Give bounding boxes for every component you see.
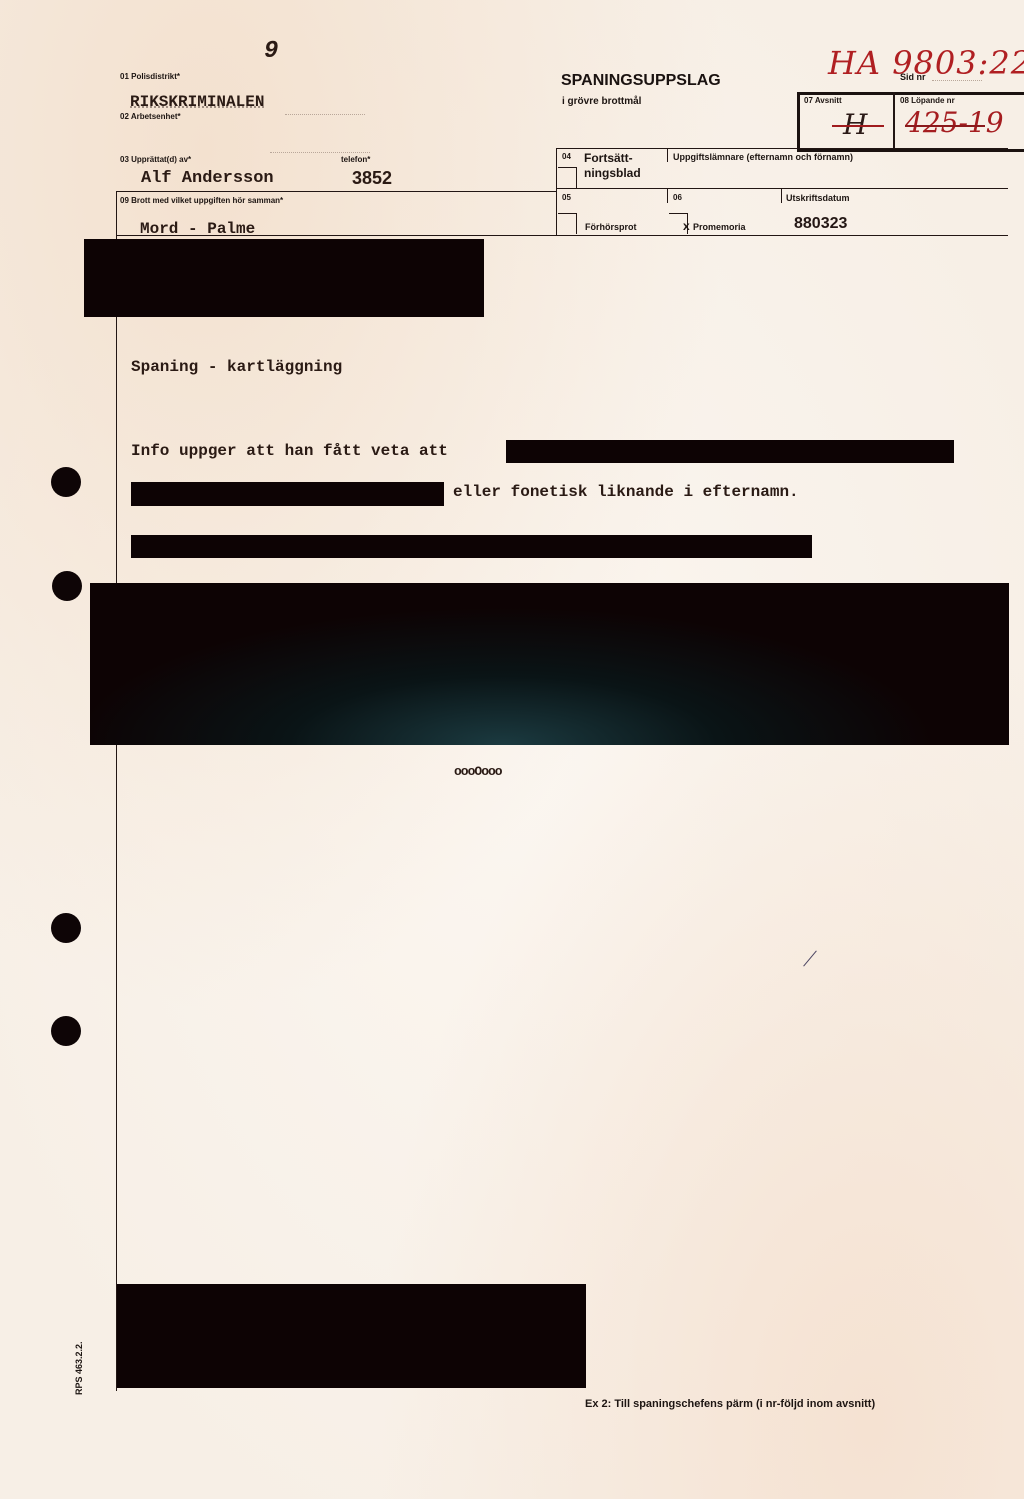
uppgiftslamnare-label: Uppgiftslämnare (efternamn och förnamn): [673, 152, 853, 162]
avsnitt-strike: [832, 125, 884, 127]
redaction-block: [131, 482, 444, 506]
punch-hole: [51, 913, 81, 943]
arbetsenhet-label: 02 Arbetsenhet*: [120, 112, 181, 121]
fortsattningsblad-label-2: ningsblad: [584, 166, 641, 180]
separator: oooOooo: [454, 764, 502, 779]
brott-label: 09 Brott med vilket uppgiften hör samman…: [120, 196, 283, 205]
promemoria-mark: x: [683, 219, 690, 233]
polisdistrikt-dotted-line: [285, 114, 365, 115]
sid-label: Sid nr: [900, 72, 926, 82]
forhorsprot-num: 05: [562, 193, 571, 202]
redaction-block: [84, 239, 484, 317]
punch-hole: [51, 1016, 81, 1046]
upprattad-value: Alf Andersson: [141, 169, 274, 188]
avsnitt-label: 07 Avsnitt: [804, 96, 842, 105]
form-rule: [116, 191, 556, 192]
form-rule: [116, 191, 117, 1391]
upprattad-label: 03 Upprättat(d) av*: [120, 155, 191, 164]
punch-hole: [51, 467, 81, 497]
punch-hole: [52, 571, 82, 601]
promemoria-num: 06: [673, 193, 682, 202]
body-heading: Spaning - kartläggning: [131, 358, 342, 376]
utskriftsdatum-label: Utskriftsdatum: [786, 193, 850, 203]
form-rule: [556, 148, 557, 236]
form-rule: [667, 189, 668, 203]
form-rule: [556, 188, 1008, 189]
redaction-block: [90, 583, 1009, 745]
form-rule: [556, 148, 1008, 149]
upprattad-dotted-line: [270, 152, 370, 153]
form-rule: [116, 235, 1008, 236]
forhorsprot-checkbox[interactable]: [558, 213, 577, 234]
redaction-block: [117, 1284, 586, 1388]
form-rule: [667, 148, 668, 162]
polisdistrikt-value: RIKSKRIMINALEN: [130, 93, 264, 111]
sid-dotted-line: [932, 80, 982, 81]
form-rule: [781, 189, 782, 203]
pen-mark: [803, 951, 817, 967]
fortsattningsblad-label: Fortsätt-: [584, 151, 633, 165]
handwritten-reference: HA 9803:22: [828, 44, 1024, 82]
lopande-strike: [905, 125, 985, 127]
telefon-label: telefon*: [341, 155, 370, 164]
lopande-value: 425-19: [905, 106, 1004, 139]
promemoria-label: Promemoria: [693, 222, 746, 232]
body-line-1: Info uppger att han fått veta att: [131, 442, 448, 460]
form-rule: [893, 92, 895, 149]
page-mark: 9: [264, 38, 278, 65]
forhorsprot-label: Förhörsprot: [585, 222, 637, 232]
fortsattningsblad-checkbox[interactable]: [558, 167, 577, 188]
form-code: RPS 463.2.2.: [74, 1341, 84, 1395]
form-title: SPANINGSUPPSLAG: [561, 72, 721, 90]
body-line-2: eller fonetisk liknande i efternamn.: [453, 483, 799, 501]
form-subtitle: i grövre brottmål: [562, 96, 641, 107]
copy-note: Ex 2: Till spaningschefens pärm (i nr-fö…: [585, 1398, 875, 1410]
utskriftsdatum-value: 880323: [794, 215, 847, 233]
lopande-label: 08 Löpande nr: [900, 96, 955, 105]
polisdistrikt-label: 01 Polisdistrikt*: [120, 72, 180, 81]
fortsattningsblad-num: 04: [562, 152, 571, 161]
redaction-block: [506, 440, 954, 463]
telefon-value: 3852: [352, 168, 392, 189]
redaction-block: [131, 535, 812, 558]
